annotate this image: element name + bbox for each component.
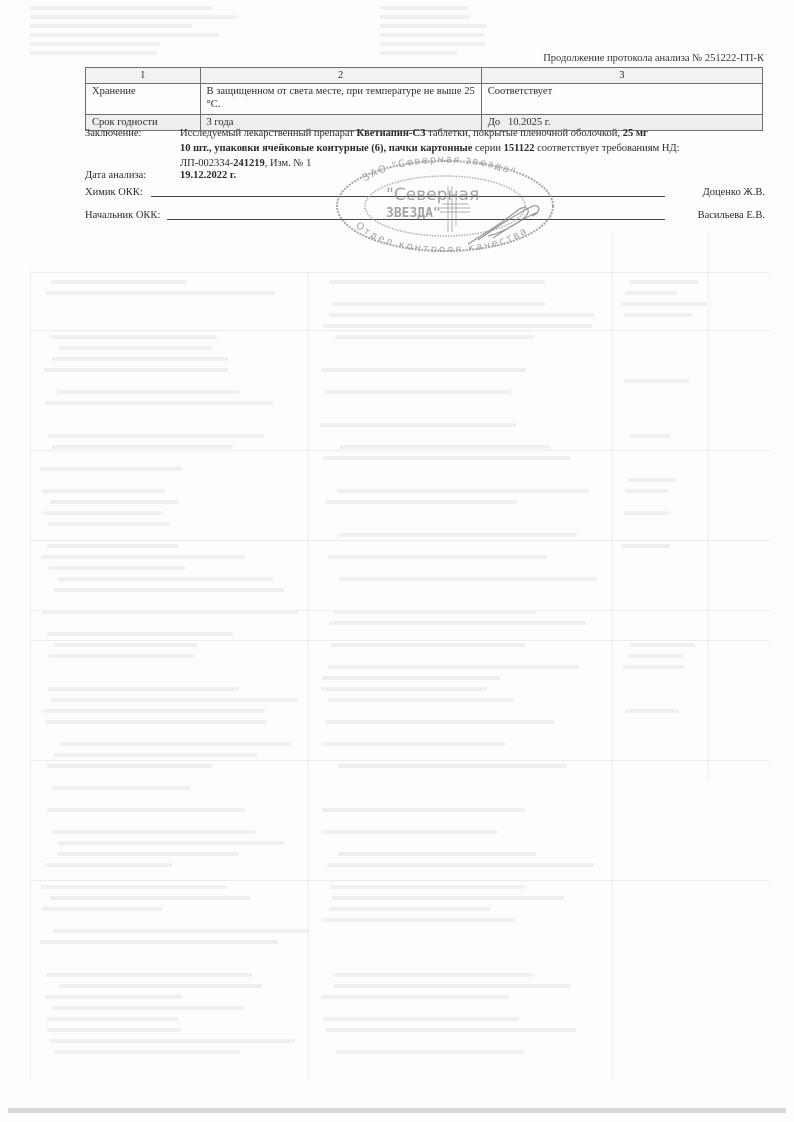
signature-role: Химик ОКК: xyxy=(85,187,143,198)
show-through-mark xyxy=(45,401,272,405)
show-through-mark xyxy=(331,302,545,306)
show-through-mark xyxy=(623,665,684,669)
show-through-mark xyxy=(322,918,516,922)
show-through-mark xyxy=(330,885,524,889)
show-through-mark xyxy=(328,698,513,702)
show-through-mark xyxy=(708,230,709,780)
show-through-mark xyxy=(340,445,550,449)
conclusion-label: Заключение: xyxy=(85,126,141,141)
show-through-mark xyxy=(628,478,676,482)
show-through-mark xyxy=(30,6,212,10)
show-through-mark xyxy=(42,610,298,614)
analysis-date-value: 19.12.2022 г. xyxy=(180,170,236,181)
show-through-mark xyxy=(42,907,162,911)
show-through-mark xyxy=(30,15,237,19)
show-through-mark xyxy=(52,445,234,449)
show-through-mark xyxy=(322,676,500,680)
table-header-row: 1 2 3 xyxy=(86,68,763,84)
show-through-mark xyxy=(329,621,586,625)
show-through-mark xyxy=(336,1050,524,1054)
protocol-continuation-header: Продолжение протокола анализа № 251222-Г… xyxy=(543,53,764,64)
show-through-mark xyxy=(332,896,565,900)
svg-text:Отдел контроля качества: Отдел контроля качества xyxy=(353,220,530,252)
svg-text:ЗВЕЗДА": ЗВЕЗДА" xyxy=(386,206,441,221)
show-through-mark xyxy=(322,808,525,812)
show-through-mark xyxy=(629,280,698,284)
show-through-mark xyxy=(321,368,526,372)
parameter-cell: Хранение xyxy=(86,84,201,115)
show-through-mark xyxy=(55,1050,240,1054)
show-through-mark xyxy=(48,434,264,438)
show-through-mark xyxy=(625,709,679,713)
show-through-mark xyxy=(30,24,192,28)
show-through-mark xyxy=(627,654,682,658)
show-through-mark xyxy=(30,450,770,451)
column-header-2: 2 xyxy=(200,68,481,84)
show-through-mark xyxy=(43,709,265,713)
show-through-mark xyxy=(51,335,217,339)
product-name: Кветиапин-СЗ xyxy=(356,128,425,139)
analysis-date-row: Дата анализа: 19.12.2022 г. xyxy=(85,170,146,181)
show-through-mark xyxy=(624,313,692,317)
show-through-mark xyxy=(46,973,252,977)
show-through-mark xyxy=(47,632,232,636)
show-through-mark xyxy=(52,786,190,790)
analysis-date-label: Дата анализа: xyxy=(85,170,146,181)
show-through-mark xyxy=(59,346,212,350)
column-header-1: 1 xyxy=(86,68,201,84)
show-through-mark xyxy=(322,830,498,834)
show-through-mark xyxy=(47,764,212,768)
show-through-mark xyxy=(621,302,708,306)
show-through-mark xyxy=(338,764,566,768)
signature-name: Доценко Ж.В. xyxy=(703,187,765,198)
conclusion-text-part: таблетки, покрытые пленочной оболочкой, xyxy=(426,128,623,139)
show-through-mark xyxy=(339,533,578,537)
show-through-mark xyxy=(621,544,670,548)
show-through-mark xyxy=(45,720,268,724)
show-through-mark xyxy=(48,654,194,658)
show-through-mark xyxy=(44,368,227,372)
show-through-mark xyxy=(322,742,505,746)
show-through-mark xyxy=(50,896,250,900)
column-header-3: 3 xyxy=(481,68,762,84)
show-through-mark xyxy=(53,929,308,933)
show-through-mark xyxy=(30,640,770,641)
svg-text:"Северная: "Северная xyxy=(386,185,479,205)
show-through-mark xyxy=(30,330,770,331)
show-through-mark xyxy=(30,760,770,761)
show-through-mark xyxy=(328,665,579,669)
show-through-mark xyxy=(54,643,198,647)
show-through-mark xyxy=(328,555,547,559)
show-through-mark xyxy=(625,291,677,295)
show-through-mark xyxy=(329,313,594,317)
show-through-mark xyxy=(51,1006,245,1010)
show-through-mark xyxy=(333,610,536,614)
show-through-mark xyxy=(50,500,179,504)
nd-change: , Изм. № 1 xyxy=(265,158,312,169)
show-through-mark xyxy=(321,687,488,691)
show-through-mark xyxy=(51,698,297,702)
show-through-mark xyxy=(380,33,484,37)
show-through-mark xyxy=(380,24,487,28)
show-through-mark xyxy=(333,973,534,977)
show-through-mark xyxy=(334,984,572,988)
result-cell: Соответствует xyxy=(481,84,762,115)
show-through-mark xyxy=(337,489,590,493)
show-through-mark xyxy=(48,522,169,526)
page-bottom-edge xyxy=(8,1108,786,1113)
analysis-results-table: 1 2 3 Хранение В защищенном от света мес… xyxy=(85,67,763,131)
show-through-mark xyxy=(47,808,245,812)
show-through-mark xyxy=(630,643,696,647)
show-through-mark xyxy=(30,51,157,55)
conclusion-text-part: Исследуемый лекарственный препарат xyxy=(180,128,356,139)
show-through-mark xyxy=(30,42,160,46)
nd-number: ЛП-002334- xyxy=(180,158,233,169)
show-through-mark xyxy=(58,577,273,581)
stamp-seal-icon: ЗАО "Северная звезда" Отдел контроля кач… xyxy=(328,152,560,252)
show-through-mark xyxy=(320,423,516,427)
show-through-mark xyxy=(30,880,770,881)
show-through-mark xyxy=(47,1028,181,1032)
show-through-mark xyxy=(323,1017,519,1021)
company-stamp: ЗАО "Северная звезда" Отдел контроля кач… xyxy=(328,152,560,252)
show-through-mark xyxy=(30,270,31,1080)
signature-role: Начальник ОКК: xyxy=(85,210,160,221)
show-through-mark xyxy=(30,272,770,273)
show-through-mark xyxy=(339,577,596,581)
show-through-mark xyxy=(45,863,172,867)
show-through-mark xyxy=(59,984,262,988)
show-through-mark xyxy=(329,907,489,911)
show-through-mark xyxy=(30,33,219,37)
show-through-mark xyxy=(325,500,518,504)
show-through-mark xyxy=(50,1039,295,1043)
show-through-mark xyxy=(58,841,284,845)
show-through-mark xyxy=(323,324,591,328)
show-through-mark xyxy=(51,830,256,834)
show-through-mark xyxy=(47,1017,178,1021)
show-through-mark xyxy=(380,51,457,55)
show-through-mark xyxy=(327,863,595,867)
show-through-mark xyxy=(54,753,256,757)
show-through-mark xyxy=(335,335,534,339)
show-through-mark xyxy=(329,280,545,284)
show-through-mark xyxy=(41,555,245,559)
show-through-mark xyxy=(59,742,291,746)
show-through-mark xyxy=(57,390,240,394)
signature-name: Васильева Е.В. xyxy=(698,210,765,221)
show-through-mark xyxy=(630,434,670,438)
show-through-mark xyxy=(47,544,178,548)
show-through-mark xyxy=(40,940,278,944)
show-through-mark xyxy=(624,379,689,383)
show-through-mark xyxy=(326,1028,576,1032)
document-page: Продолжение протокола анализа № 251222-Г… xyxy=(0,0,794,1122)
show-through-mark xyxy=(338,852,536,856)
show-through-mark xyxy=(57,852,239,856)
show-through-mark xyxy=(331,643,526,647)
show-through-mark xyxy=(48,687,239,691)
show-through-mark xyxy=(325,720,554,724)
requirement-cell: В защищенном от света месте, при темпера… xyxy=(200,84,481,115)
show-through-mark xyxy=(43,511,163,515)
show-through-mark xyxy=(41,885,226,889)
show-through-mark xyxy=(380,42,485,46)
table-row: Хранение В защищенном от света месте, пр… xyxy=(86,84,763,115)
nd-number-suffix: 241219 xyxy=(233,158,265,169)
dose: 25 мг xyxy=(623,128,648,139)
show-through-mark xyxy=(45,995,182,999)
show-through-mark xyxy=(48,566,185,570)
show-through-mark xyxy=(625,489,668,493)
show-through-mark xyxy=(380,6,468,10)
show-through-mark xyxy=(380,15,470,19)
show-through-mark xyxy=(30,540,770,541)
show-through-mark xyxy=(624,511,669,515)
show-through-mark xyxy=(54,588,284,592)
svg-text:ЗАО "Северная звезда": ЗАО "Северная звезда" xyxy=(361,154,518,184)
show-through-mark xyxy=(325,390,511,394)
show-through-mark xyxy=(40,467,182,471)
show-through-mark xyxy=(42,489,165,493)
show-through-mark xyxy=(323,456,570,460)
show-through-mark xyxy=(52,357,228,361)
show-through-mark xyxy=(321,995,509,999)
show-through-mark xyxy=(46,291,275,295)
show-through-mark xyxy=(308,270,309,1080)
show-through-mark xyxy=(51,280,187,284)
show-through-mark xyxy=(612,230,613,1080)
